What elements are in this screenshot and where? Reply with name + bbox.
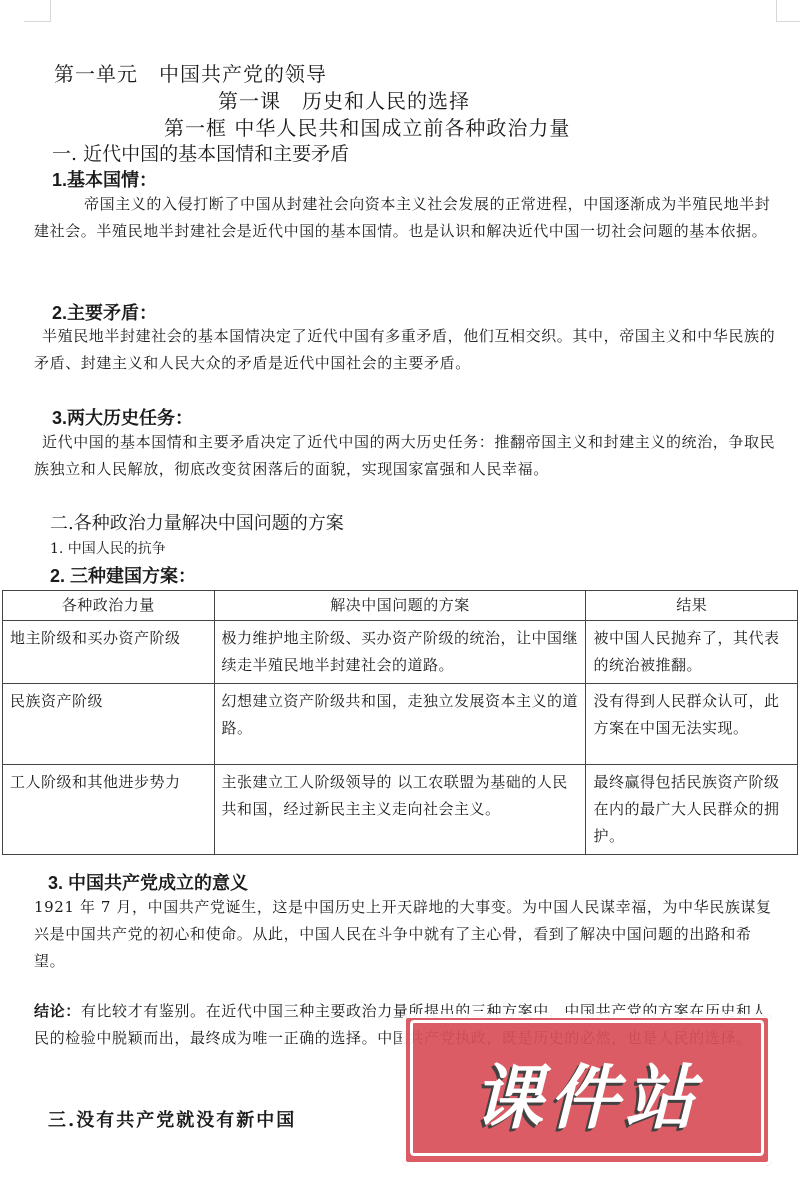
- table-cell-scheme: 主张建立工人阶级领导的 以工农联盟为基础的人民共和国，经过新民主主义走向社会主义…: [214, 765, 586, 855]
- page-margin-mark-top-left: [24, 0, 51, 22]
- historical-tasks-text: 近代中国的基本国情和主要矛盾决定了近代中国的两大历史任务：推翻帝国主义和封建主义…: [34, 429, 782, 483]
- watermark-stamp: 课件站: [402, 1014, 772, 1166]
- people-struggle-item: 1. 中国人民的抗争: [50, 538, 166, 558]
- main-contradiction-heading: 2.主要矛盾：: [52, 299, 157, 325]
- lesson-title: 第一课 历史和人民的选择: [218, 85, 470, 114]
- main-contradiction-text: 半殖民地半封建社会的基本国情决定了近代中国有多重矛盾，他们互相交织。其中，帝国主…: [34, 323, 782, 377]
- page-margin-mark-top-right: [776, 0, 800, 22]
- table-cell-force: 工人阶级和其他进步势力: [3, 765, 215, 855]
- section1-heading: 一. 近代中国的基本国情和主要矛盾: [52, 139, 349, 166]
- table-header-scheme: 解决中国问题的方案: [214, 591, 586, 621]
- table-row: 工人阶级和其他进步势力 主张建立工人阶级领导的 以工农联盟为基础的人民共和国，经…: [3, 765, 798, 855]
- basic-conditions-heading: 1.基本国情：: [52, 166, 157, 192]
- table-cell-result: 没有得到人民群众认可，此方案在中国无法实现。: [586, 684, 798, 765]
- basic-conditions-text: 帝国主义的入侵打断了中国从封建社会向资本主义社会发展的正常进程，中国逐渐成为半殖…: [34, 191, 782, 245]
- table-cell-result: 最终赢得包括民族资产阶级在内的最广大人民群众的拥护。: [586, 765, 798, 855]
- section3-heading: 三.没有共产党就没有新中国: [48, 1106, 296, 1132]
- table-cell-force: 民族资产阶级: [3, 684, 215, 765]
- table-cell-force: 地主阶级和买办资产阶级: [3, 621, 215, 684]
- three-schemes-heading: 2. 三种建国方案：: [50, 562, 196, 588]
- schemes-table: 各种政治力量 解决中国问题的方案 结果 地主阶级和买办资产阶级 极力维护地主阶级…: [2, 590, 798, 855]
- frame-title: 第一框 中华人民共和国成立前各种政治力量: [164, 112, 570, 141]
- table-header-result: 结果: [586, 591, 798, 621]
- party-founding-text: 1921 年 7 月，中国共产党诞生，这是中国历史上开天辟地的大事变。为中国人民…: [34, 894, 782, 975]
- unit-title: 第一单元 中国共产党的领导: [54, 58, 327, 87]
- table-cell-scheme: 幻想建立资产阶级共和国，走独立发展资本主义的道路。: [214, 684, 586, 765]
- table-cell-result: 被中国人民抛弃了，其代表的统治被推翻。: [586, 621, 798, 684]
- table-row: 地主阶级和买办资产阶级 极力维护地主阶级、买办资产阶级的统治，让中国继续走半殖民…: [3, 621, 798, 684]
- table-cell-scheme: 极力维护地主阶级、买办资产阶级的统治，让中国继续走半殖民地半封建社会的道路。: [214, 621, 586, 684]
- conclusion-label: 结论：: [34, 1003, 81, 1020]
- table-header-forces: 各种政治力量: [3, 591, 215, 621]
- section2-heading: 二.各种政治力量解决中国问题的方案: [50, 509, 344, 535]
- party-founding-heading: 3. 中国共产党成立的意义: [48, 869, 248, 895]
- table-row: 民族资产阶级 幻想建立资产阶级共和国，走独立发展资本主义的道路。 没有得到人民群…: [3, 684, 798, 765]
- watermark-text: 课件站: [402, 1042, 772, 1143]
- historical-tasks-heading: 3.两大历史任务：: [52, 404, 193, 430]
